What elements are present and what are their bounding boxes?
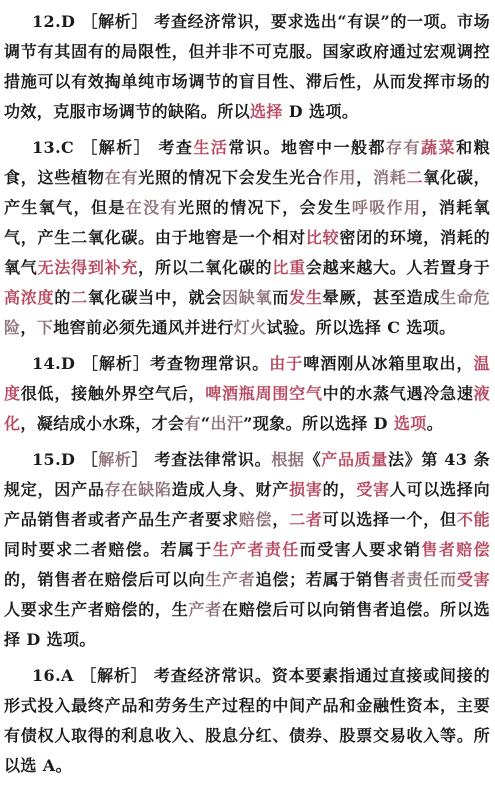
text-run: 选项 xyxy=(394,414,427,433)
text-run: 比较 xyxy=(306,228,340,247)
text-run: ， xyxy=(20,318,36,337)
text-run: 造成人身、财产 xyxy=(172,480,289,499)
text-run: 氧化碳当中，就会 xyxy=(88,288,222,307)
text-run: 下 xyxy=(37,318,53,337)
text-run: 12.D ［解析］ 考查经济常识，要求选出“有误”的一项。市场调节有其固有的局限… xyxy=(4,12,490,121)
text-run: 无法得到补充 xyxy=(38,258,139,277)
text-run: 损害 xyxy=(289,480,323,499)
answer-explanations: 12.D ［解析］ 考查经济常识，要求选出“有误”的一项。市场调节有其固有的局限… xyxy=(0,0,495,781)
text-run: 啤酒刚从冰箱里取出， xyxy=(303,354,473,373)
text-run: 人要求生产者赔偿的，生 xyxy=(4,600,188,619)
text-run: 中的水蒸气遇冷急速 xyxy=(323,384,474,403)
text-run: 在没有 xyxy=(126,198,178,217)
document-page: { "document": { "background": "#ffffff",… xyxy=(0,0,495,787)
text-run: ， xyxy=(356,168,373,187)
text-run: 的，销售者在赔偿后可以向 xyxy=(4,570,205,589)
text-run: 。 xyxy=(427,414,443,433)
text-run: 呼吸作用 xyxy=(352,198,422,217)
explanation-paragraph: 13.C ［解析］ 考查生活常识。地窖中一般都存有蔬菜和粮食，这些植物在有光照的… xyxy=(4,133,490,343)
text-run: 存在缺陷 xyxy=(105,480,172,499)
text-run: 光照的情况下会发生光合 xyxy=(138,168,322,187)
text-run: 地窖前必须先通风并进行 xyxy=(53,318,233,337)
text-run: 由于 xyxy=(269,354,303,373)
text-run: 常识。地窖中一般都 xyxy=(228,138,386,157)
text-run: ”现象。所以选择 D xyxy=(243,414,394,433)
text-run: 选择 xyxy=(250,102,283,121)
text-run: 发生 xyxy=(289,288,323,307)
text-run: 同时要求二者赔偿。若属于 xyxy=(4,540,213,559)
text-run: 蔬菜 xyxy=(421,138,456,157)
text-run: 14.D ［解析］考查物理常识。 xyxy=(32,354,269,373)
text-run: ］ 考查法律常识。 xyxy=(132,450,272,469)
text-run: 作用 xyxy=(323,168,357,187)
text-run: 消耗 xyxy=(373,168,407,187)
text-run: 生产者 xyxy=(205,570,255,589)
text-run: 可以选择一个，但 xyxy=(323,510,457,529)
text-run: ，凝结成小水珠，才会 xyxy=(20,414,184,433)
text-run: 二 xyxy=(407,168,424,187)
text-run: 解析 xyxy=(98,450,131,469)
text-run: ， xyxy=(272,510,289,529)
text-run: 而 xyxy=(272,288,289,307)
text-run: 高浓度 xyxy=(4,288,54,307)
text-run: 受害 xyxy=(457,570,490,589)
text-run: 的， xyxy=(323,480,357,499)
explanation-paragraph: 15.D ［解析］ 考查法律常识。根据《产品质量法》第 43 条规定，因产品存在… xyxy=(4,445,490,655)
explanation-paragraph: 14.D ［解析］考查物理常识。由于啤酒刚从冰箱里取出，温度很低，接触外界空气后… xyxy=(4,349,490,439)
text-run: 啤酒瓶周围空气 xyxy=(205,384,322,403)
text-run: 产者 xyxy=(188,600,222,619)
text-run: 比重 xyxy=(272,258,306,277)
explanation-paragraph: 12.D ［解析］ 考查经济常识，要求选出“有误”的一项。市场调节有其固有的局限… xyxy=(4,7,490,127)
text-run: 很低，接触外界空气后， xyxy=(21,384,205,403)
text-run: 而受害人要求销 xyxy=(300,540,422,559)
text-run: D 选项。 xyxy=(283,102,358,121)
explanation-paragraph: 16.A ［解析］ 考查经济常识。资本要素指通过直接或间接的形式投入最终产品和劳… xyxy=(4,661,490,781)
text-run: 的 xyxy=(54,288,71,307)
text-run: 16.A ［解析］ 考查经济常识。资本要素指通过直接或间接的形式投入最终产品和劳… xyxy=(4,666,490,775)
text-run: 存有 xyxy=(386,138,421,157)
text-run: ，所以二氧化碳的 xyxy=(138,258,272,277)
text-run: 根据 xyxy=(271,450,304,469)
text-run: 不能 xyxy=(457,510,490,529)
text-run: 在有 xyxy=(105,168,139,187)
text-run: 光照的情况下，会发生 xyxy=(178,198,352,217)
text-run: 试验。所以选择 C 选项。 xyxy=(266,318,455,337)
text-run: 赔偿 xyxy=(239,510,273,529)
text-run: 13.C ［解析］ 考查 xyxy=(32,138,193,157)
text-run: 会越来越大。人若置身于 xyxy=(306,258,490,277)
text-run: 者责任而 xyxy=(390,570,457,589)
text-run: 晕厥，甚至造成 xyxy=(323,288,440,307)
text-run: 因缺氧 xyxy=(222,288,272,307)
text-run: 出汗 xyxy=(210,414,243,433)
text-run: 产品质量 xyxy=(321,450,388,469)
text-run: 售者赔偿 xyxy=(421,540,490,559)
text-run: 生产者责任 xyxy=(213,540,300,559)
text-run: 有 xyxy=(184,414,200,433)
text-run: 生活 xyxy=(193,138,228,157)
text-run: 二 xyxy=(71,288,88,307)
text-run: “ xyxy=(201,414,211,433)
text-run: 《 xyxy=(305,450,322,469)
text-run: 追偿；若属于销售 xyxy=(256,570,390,589)
text-run: 受害 xyxy=(356,480,390,499)
text-run: 二者 xyxy=(289,510,323,529)
text-run: 15.D ［ xyxy=(32,450,98,469)
text-run: 灯火 xyxy=(234,318,267,337)
